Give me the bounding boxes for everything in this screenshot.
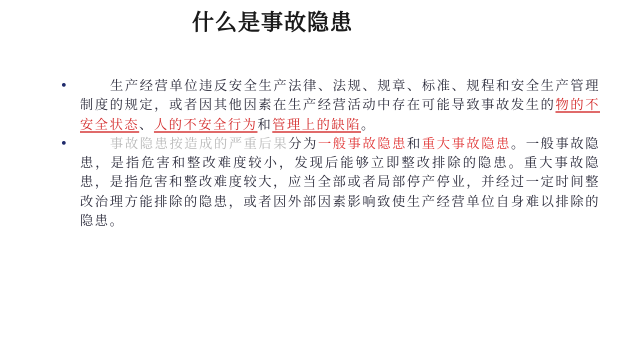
bullet-dot-icon: • [60,135,70,154]
classification-verb-text: 分为 [288,137,318,152]
conjunction-text: 和 [257,118,272,133]
conjunction-text: 和 [407,137,422,152]
separator-text: 、 [139,118,154,133]
slide-title: 什么是事故隐患 [192,9,353,39]
period-text: 。 [361,118,376,133]
highlight-unsafe-human-behavior: 人的不安全行为 [154,118,258,133]
bullet-item-definition: • 生产经营单位违反安全生产法律、法规、规章、标准、规程和安全生产管理制度的规定… [60,77,600,135]
slide: 什么是事故隐患 • 生产经营单位违反安全生产法律、法规、规章、标准、规程和安全生… [0,0,640,360]
definition-text: 生产经营单位违反安全生产法律、法规、规章、标准、规程和安全生产管理制度的规定，或… [80,79,600,113]
slide-content: • 生产经营单位违反安全生产法律、法规、规章、标准、规程和安全生产管理制度的规定… [60,77,600,231]
bullet-dot-icon: • [60,77,70,96]
highlight-major-hazard: 重大事故隐患 [422,137,511,152]
faded-intro-text: 事故隐患按造成的严重后果 [110,137,288,152]
highlight-general-hazard: 一般事故隐患 [318,137,407,152]
highlight-management-defects: 管理上的缺陷 [272,118,361,133]
bullet-item-classification: • 事故隐患按造成的严重后果分为一般事故隐患和重大事故隐患。一般事故隐患，是指危… [60,135,600,231]
